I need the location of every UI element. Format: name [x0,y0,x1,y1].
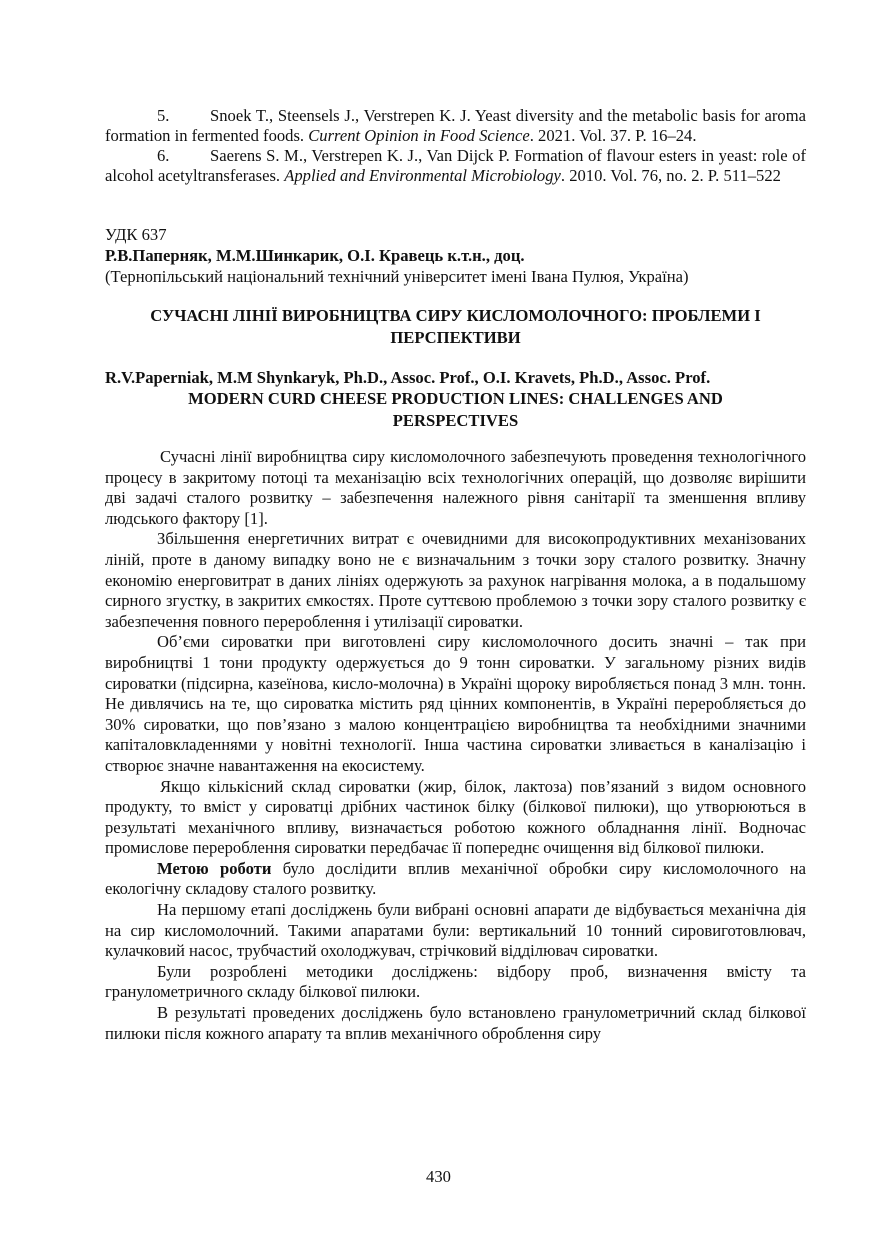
affiliation: (Тернопільський національний технічний у… [105,267,806,287]
section-spacer [105,186,806,225]
paragraph-objective: Метою роботи було дослідити вплив механі… [105,859,806,900]
authors-ukrainian: Р.В.Паперняк, М.М.Шинкарик, О.І. Кравець… [105,246,806,266]
article-title-english: MODERN CURD CHEESE PRODUCTION LINES: CHA… [105,388,806,432]
reference-number: 6. [157,146,210,166]
paragraph: Збільшення енергетичних витрат є очевидн… [105,529,806,632]
paragraph: Були розроблені методики досліджень: від… [105,962,806,1003]
reference-item: 5.Snoek T., Steensels J., Verstrepen K. … [105,106,806,146]
reference-item: 6.Saerens S. M., Verstrepen K. J., Van D… [105,146,806,186]
page-number: 430 [0,1167,877,1187]
authors-english: R.V.Paperniak, M.M Shynkaryk, Ph.D., Ass… [105,367,806,388]
reference-details: . 2010. Vol. 76, no. 2. P. 511–522 [561,166,781,185]
paragraph: Якщо кількісний склад сироватки (жир, бі… [105,777,806,859]
udk-code: УДК 637 [105,225,806,245]
paragraph: Об’єми сироватки при виготовлені сиру ки… [105,632,806,776]
reference-number: 5. [157,106,210,126]
document-page: 5.Snoek T., Steensels J., Verstrepen K. … [105,106,806,1044]
reference-journal: Current Opinion in Food Science [308,126,530,145]
paragraph: В результаті проведених досліджень було … [105,1003,806,1044]
paragraph: Сучасні лінії виробництва сиру кисломоло… [105,447,806,529]
reference-journal: Applied and Environmental Microbiology [284,166,561,185]
paragraph: На першому етапі досліджень були вибрані… [105,900,806,962]
reference-details: . 2021. Vol. 37. P. 16–24. [530,126,697,145]
objective-label: Метою роботи [157,859,271,878]
reference-list: 5.Snoek T., Steensels J., Verstrepen K. … [105,106,806,186]
article-header: УДК 637 Р.В.Паперняк, М.М.Шинкарик, О.І.… [105,225,806,432]
article-body: Сучасні лінії виробництва сиру кисломоло… [105,447,806,1044]
article-title-ukrainian: СУЧАСНІ ЛІНІЇ ВИРОБНИЦТВА СИРУ КИСЛОМОЛО… [105,305,806,349]
